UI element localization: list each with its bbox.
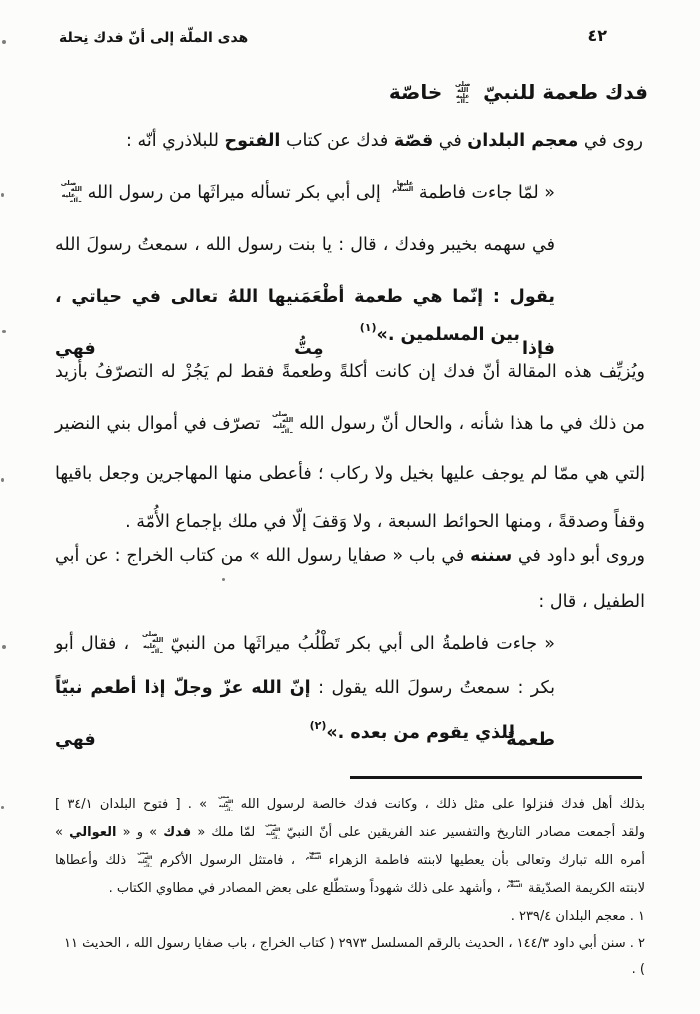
text-run: معجم البلدان	[467, 131, 578, 151]
text-run: ٢ . سنن أبي داود ١٤٤/٣ ، الحديث بالرقم ا…	[64, 936, 645, 977]
text-run: لمّا ملك «	[191, 825, 261, 840]
footnote-line: بذلك أهل فدك فنزلوا على مثل ذلك ، وكانت …	[55, 792, 645, 818]
text-run: »	[55, 825, 69, 840]
footnote-line: أمره الله تبارك وتعالى بأن يعطيها لابنته…	[55, 848, 645, 874]
text-run: روى في	[578, 131, 643, 151]
text-run: للذي يقوم من بعده .»	[326, 723, 515, 743]
salam-seal-icon: عليهاالسلام	[386, 180, 413, 202]
text-run: لابنته الكريمة الصدّيقة	[524, 881, 645, 896]
salam-seal-icon: عليهاالسلام	[302, 852, 321, 867]
text-run: من ذلك في ما هذا شأنه ، والحال أنّ رسول …	[293, 414, 645, 434]
footnote-marker: (٢)	[310, 719, 327, 732]
footnote-line: لابنته الكريمة الصدّيقة عليهاالسلام ، وأ…	[55, 876, 645, 902]
text-run: فدك عن كتاب	[280, 131, 393, 151]
text-run: ويُزيِّف هذه المقالة أنّ فدك إن كانت أكل…	[55, 362, 645, 382]
text-run: قصّة	[394, 131, 433, 151]
footnote-line: ١ . معجم البلدان ٢٣٩/٤ .	[511, 904, 645, 930]
text-run: أمره الله تبارك وتعالى بأن يعطيها لابنته…	[321, 853, 645, 868]
footnote-marker: (١)	[360, 321, 377, 334]
footnote-line: ولقد أجمعت مصادر التاريخ والتفسير عند ال…	[55, 820, 645, 846]
footnote-line: ٢ . سنن أبي داود ١٤٤/٣ ، الحديث بالرقم ا…	[55, 931, 645, 983]
salawat-seal-icon: صلى اللهعليه وآله	[136, 631, 163, 653]
scan-artifact	[222, 578, 225, 581]
text-run: خاصّة	[389, 80, 449, 104]
quote-line: في سهمه بخيبر وفدك ، قال : يا بنت رسول ا…	[55, 219, 555, 271]
chapter-heading: فدك طعمة للنبيّ صلى اللهعليه وآله خاصّة	[389, 80, 648, 105]
salawat-seal-icon: صلى اللهعليه وآله	[55, 180, 82, 202]
text-run: ، وأشهد على ذلك شهوداً وستطّلع على بعض ا…	[109, 881, 505, 896]
text-run: وروى أبو داود في	[512, 546, 645, 566]
salawat-seal-icon: صلى اللهعليه وآله	[266, 411, 293, 433]
text-run: للبلاذري أنّه :	[126, 131, 225, 151]
quote-line: « لمّا جاءت فاطمة عليهاالسلام إلى أبي بك…	[55, 167, 555, 219]
paragraph-line: التي هي ممّا لم يوجف عليها بخيل ولا ركاب…	[55, 448, 645, 500]
text-run: وقفاً وصدقةً ، ومنها الحوائط السبعة ، ول…	[125, 512, 645, 532]
scan-artifact	[2, 645, 6, 649]
paragraph-line: روى في معجم البلدان في قصّة فدك عن كتاب …	[55, 115, 643, 167]
text-run: ، فامتثل الرسول الأكرم	[152, 853, 302, 868]
text-run: في باب « صفايا رسول الله » من كتاب الخرا…	[55, 546, 470, 566]
text-run: « لمّا جاءت فاطمة	[413, 183, 555, 203]
running-title: هدى الملّة إلى أنّ فدك نِحلة	[59, 30, 248, 46]
text-run: ١ . معجم البلدان ٢٣٩/٤ .	[511, 909, 645, 924]
quote-end-line: للذي يقوم من بعده .»(٢)	[310, 702, 515, 759]
text-run: » . [ فتوح البلدان ٣٤/١ ]	[55, 797, 214, 812]
salawat-seal-icon: صلى اللهعليه وآله	[133, 852, 152, 867]
scan-artifact	[1, 193, 4, 197]
text-run: بذلك أهل فدك فنزلوا على مثل ذلك ، وكانت …	[233, 797, 645, 812]
text-run: التي هي ممّا لم يوجف عليها بخيل ولا ركاب…	[55, 464, 645, 484]
text-run: ، فقال أبو	[55, 634, 136, 654]
text-run: فدك	[163, 825, 191, 840]
text-run: سننه	[470, 546, 512, 566]
text-run: إلى أبي بكر تسأله ميراثَها من رسول الله	[82, 183, 386, 203]
salam-seal-icon: عليهاالسلام	[505, 880, 524, 895]
paragraph-line: ويُزيِّف هذه المقالة أنّ فدك إن كانت أكل…	[55, 346, 645, 398]
text-run: الفتوح	[225, 131, 281, 151]
text-run: في سهمه بخيبر وفدك ، قال : يا بنت رسول ا…	[55, 235, 555, 255]
scan-artifact	[2, 330, 6, 333]
salawat-seal-icon: صلى اللهعليه وآله	[261, 824, 280, 839]
text-run: في	[433, 131, 467, 151]
text-run: الطفيل ، قال :	[538, 592, 645, 612]
paragraph-line: وروى أبو داود في سننه في باب « صفايا رسو…	[55, 530, 645, 582]
book-page: ٤٢ هدى الملّة إلى أنّ فدك نِحلة فدك طعمة…	[0, 0, 700, 1014]
text-run: بكر : سمعتُ رسولَ الله يقول :	[311, 678, 555, 698]
text-run: ذلك وأعطاها	[55, 853, 133, 868]
text-run: بين المسلمين .»	[377, 325, 520, 345]
salawat-seal-icon: صلى اللهعليه وآله	[449, 81, 476, 103]
scan-artifact	[1, 478, 4, 482]
scan-artifact	[1, 806, 4, 809]
text-run: فدك طعمة للنبيّ	[476, 80, 648, 104]
scan-artifact	[2, 40, 6, 44]
page-number: ٤٢	[587, 26, 607, 45]
salawat-seal-icon: صلى اللهعليه وآله	[214, 796, 233, 811]
text-run: » و «	[116, 825, 163, 840]
text-run: « جاءت فاطمةُ الى أبي بكر تَطْلُبُ ميراث…	[163, 634, 555, 654]
text-run: العوالي	[69, 825, 116, 840]
text-run: ولقد أجمعت مصادر التاريخ والتفسير عند ال…	[280, 825, 645, 840]
footnote-separator	[350, 776, 642, 779]
